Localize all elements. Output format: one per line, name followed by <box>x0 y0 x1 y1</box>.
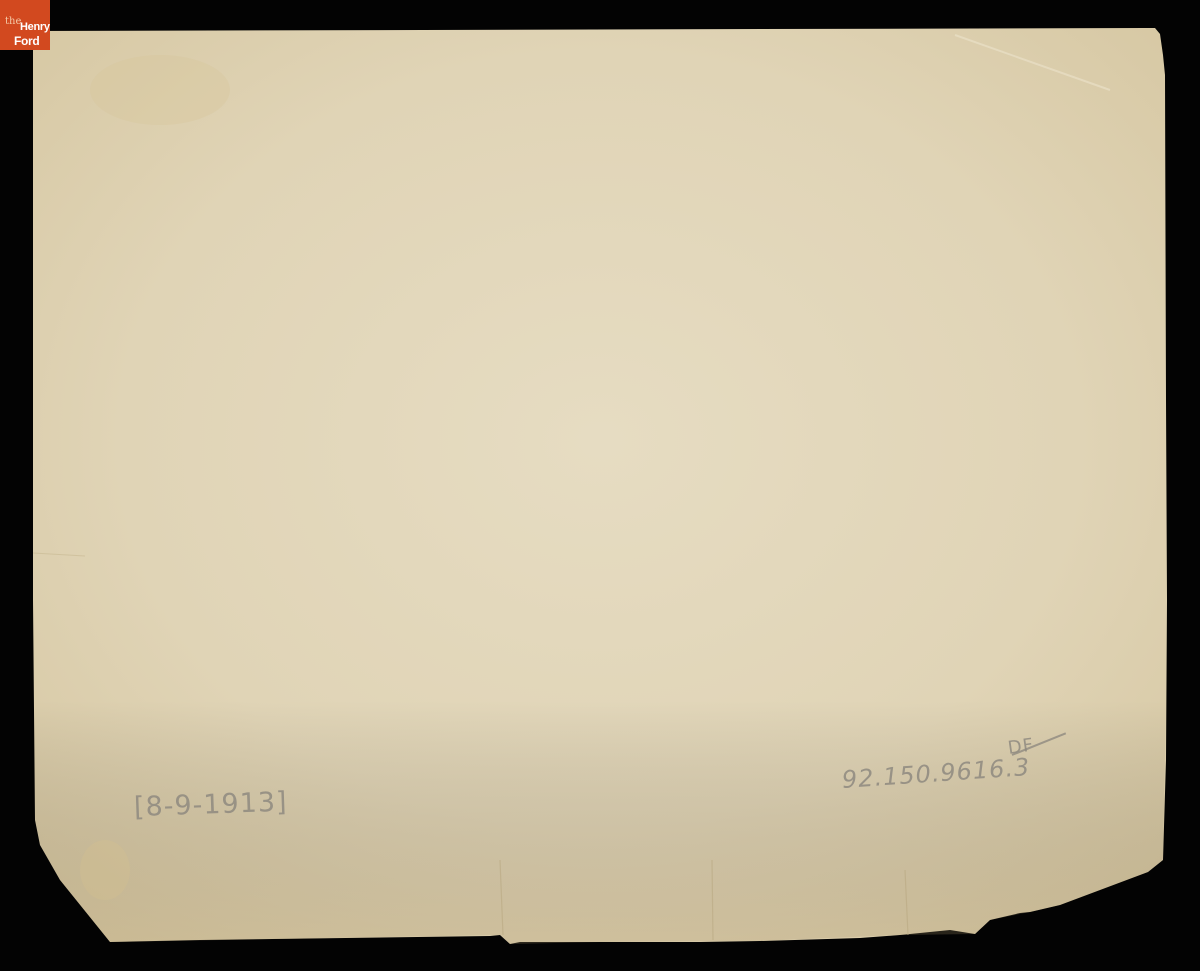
logo-text-ford: Ford <box>14 35 39 47</box>
handwritten-date: [8-9-1913] <box>133 787 288 823</box>
logo-text-the: the <box>5 17 21 27</box>
aged-paper-sheet <box>0 0 1200 971</box>
paper-shape <box>0 0 1200 971</box>
logo-text-henry: Henry <box>20 22 50 33</box>
the-henry-ford-logo: the Henry Ford <box>0 0 50 50</box>
black-background: [8-9-1913] 92.150.9616.3 DF the Henry Fo… <box>0 0 1200 971</box>
